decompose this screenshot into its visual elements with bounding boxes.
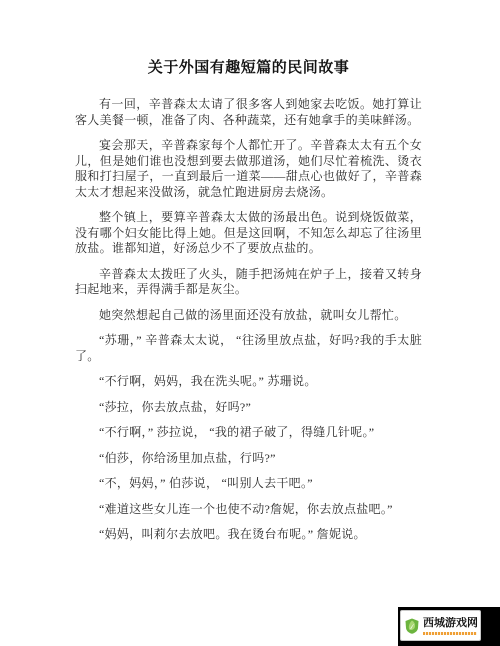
story-paragraph-10: “伯莎，你给汤里加点盐，行吗?” [75,451,422,467]
story-paragraph-1: 有一回，辛普森太太请了很多客人到她家去吃饭。她打算让客人美餐一顿，准备了肉、各种… [75,97,422,128]
site-logo-tagline [423,632,477,635]
story-paragraph-12: “难道这些女儿连一个也使不动?詹妮，你去放点盐吧。” [75,502,422,518]
story-paragraph-11: “不，妈妈，” 伯莎说， “叫别人去干吧。” [75,476,422,492]
story-paragraph-4: 辛普森太太拨旺了火头，随手把汤炖在炉子上，接着又转身扫起地来，弄得满手都是灰尘。 [75,267,422,298]
article-title: 关于外国有趣短篇的民间故事 [75,57,422,79]
site-logo-text-column: 西城游戏网 [423,617,477,635]
story-paragraph-9: “不行啊，” 莎拉说， “我的裙子破了，得缝几针呢。” [75,425,422,441]
story-paragraph-8: “莎拉，你去放点盐，好吗?” [75,400,422,416]
article: 关于外国有趣短篇的民间故事 有一回，辛普森太太请了很多客人到她家去吃饭。她打算让… [0,0,500,543]
site-logo-name: 西城游戏网 [423,617,477,630]
green-shield-leaf-icon [404,618,420,634]
story-paragraph-13: “妈妈，叫莉尔去放吧。我在烫台布呢。” 詹妮说。 [75,527,422,543]
site-logo: 西城游戏网 [400,610,481,641]
page: 关于外国有趣短篇的民间故事 有一回，辛普森太太请了很多客人到她家去吃饭。她打算让… [0,0,500,646]
story-paragraph-7: “不行啊，妈妈，我在洗头呢。” 苏珊说。 [75,374,422,390]
story-paragraph-3: 整个镇上，要算辛普森太太做的汤最出色。说到烧饭做菜，没有哪个妇女能比得上她。但是… [75,210,422,257]
story-paragraph-2: 宴会那天，辛普森家每个人都忙开了。辛普森太太有五个女儿，但是她们谁也没想到要去做… [75,138,422,200]
story-paragraph-6: “苏珊，” 辛普森太太说， “往汤里放点盐，好吗?我的手太脏了。 [75,333,422,364]
story-paragraph-5: 她突然想起自己做的汤里面还没有放盐，就叫女儿帮忙。 [75,308,422,324]
watermark-panel: 西城游戏网 [398,607,500,646]
